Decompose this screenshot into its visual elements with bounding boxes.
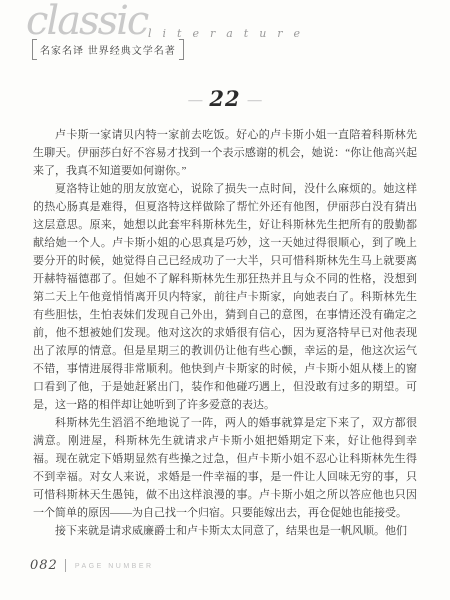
series-label: 名家名译 世界经典文学名著 (40, 46, 176, 57)
chapter-heading: —22— (0, 86, 450, 115)
chapter-dash-left: — (181, 93, 209, 108)
page-number: 082 (30, 558, 58, 573)
page-footer: 082 PAGE NUMBER (30, 558, 154, 573)
footer-divider (65, 559, 66, 572)
page-number-label: PAGE NUMBER (75, 561, 154, 570)
series-label-box: 名家名译 世界经典文学名著 (32, 39, 184, 60)
body-text: 卢卡斯一家请贝内特一家前去吃饭。好心的卢卡斯小姐一直陪着科斯林先生聊天。伊丽莎白… (33, 126, 417, 540)
book-page: classic literature 名家名译 世界经典文学名著 —22— 卢卡… (0, 0, 450, 600)
paragraph-1: 卢卡斯一家请贝内特一家前去吃饭。好心的卢卡斯小姐一直陪着科斯林先生聊天。伊丽莎白… (33, 126, 417, 180)
chapter-number: 22 (209, 86, 240, 111)
brand-script-classic: classic (26, 0, 147, 44)
paragraph-2: 夏洛特让她的朋友放宽心，说除了损失一点时间，没什么麻烦的。她这样的热心肠真是难得… (33, 180, 417, 414)
paragraph-4: 接下来就是请求威廉爵士和卢卡斯太太同意了，结果也是一帆风顺。他们 (33, 522, 417, 540)
chapter-dash-right: — (241, 93, 269, 108)
paragraph-3: 科斯林先生滔滔不绝地说了一阵，两人的婚事就算是定下来了，双方都很满意。刚进屋，科… (33, 414, 417, 522)
